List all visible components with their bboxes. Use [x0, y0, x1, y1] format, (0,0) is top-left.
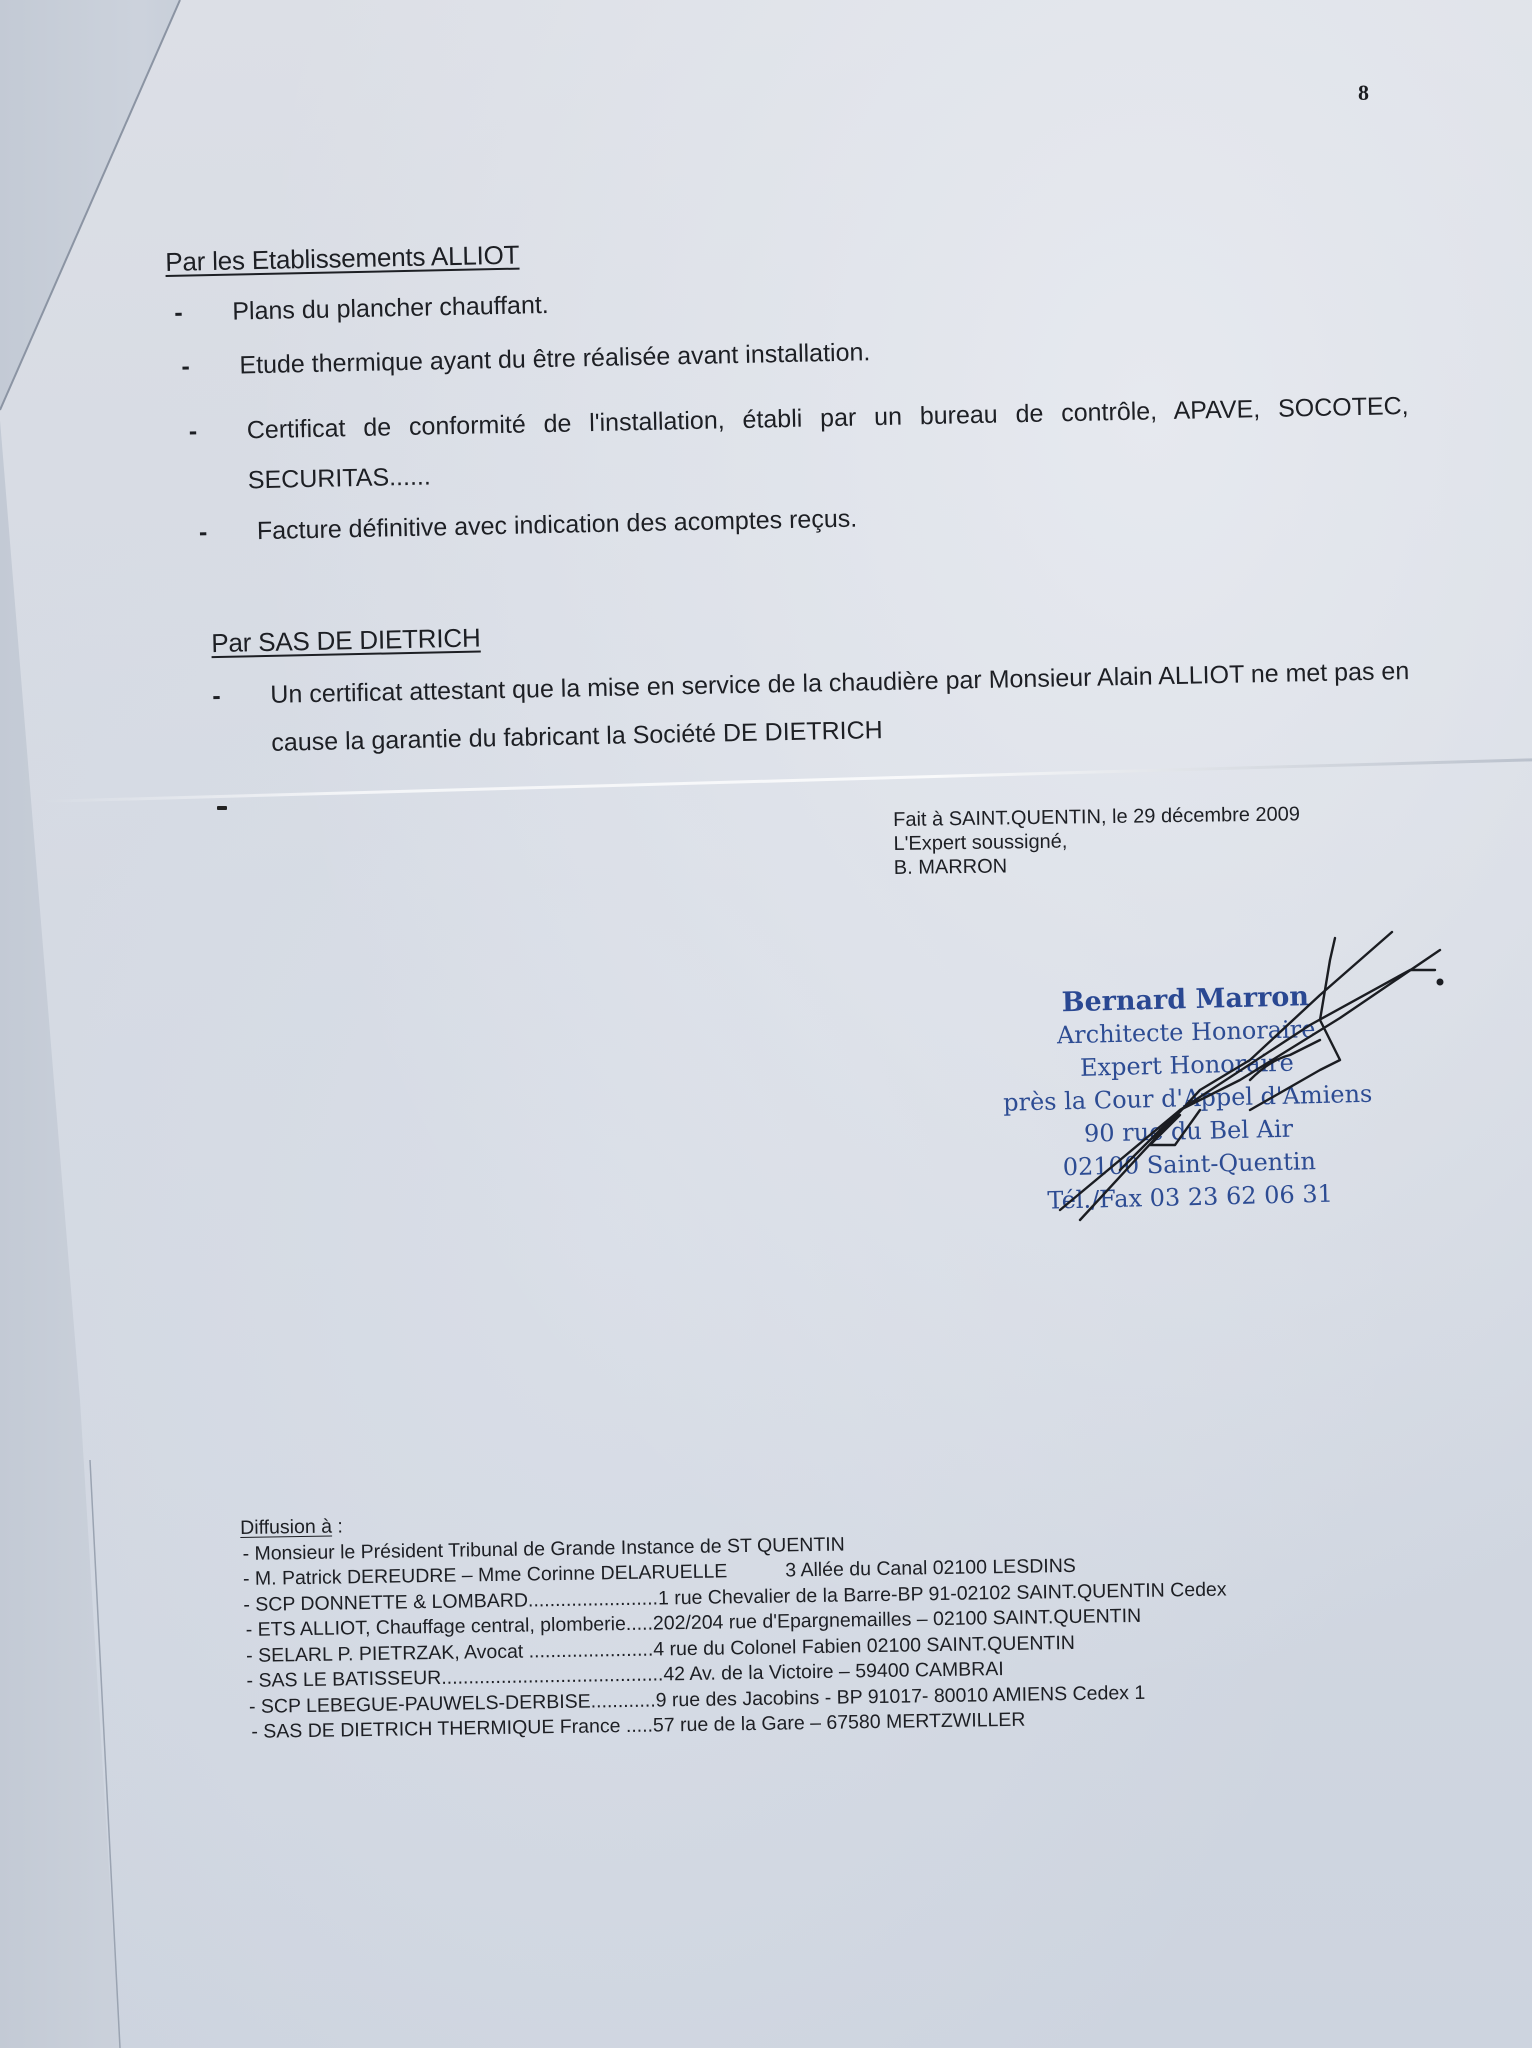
- distribution-list: Diffusion à : - Monsieur le Président Tr…: [240, 1497, 1443, 1745]
- section-alliot: Par les Etablissements ALLIOT - Plans du…: [165, 222, 1411, 548]
- signoff-block: Fait à SAINT.QUENTIN, le 29 décembre 200…: [893, 802, 1301, 880]
- list-item-text: Un certificat attestant que la mise en s…: [270, 647, 1416, 767]
- list-item-text: Certificat de conformité de l'installati…: [246, 381, 1410, 505]
- section-dietrich: Par SAS DE DIETRICH - Un certificat atte…: [211, 604, 1416, 768]
- document-content: 8 Par les Etablissements ALLIOT - Plans …: [0, 0, 1532, 2048]
- bullet-dash: -: [181, 351, 240, 381]
- list-item-text: Plans du plancher chauffant.: [232, 273, 1406, 327]
- body-text: Par les Etablissements ALLIOT - Plans du…: [165, 222, 1416, 769]
- list-item: - Certificat de conformité de l'installa…: [188, 381, 1410, 507]
- list-item: - Plans du plancher chauffant.: [174, 273, 1406, 328]
- bullet-dash: -: [188, 405, 247, 456]
- photo-scene: 8 Par les Etablissements ALLIOT - Plans …: [0, 0, 1532, 2048]
- bullet-dash: -: [199, 517, 258, 547]
- list-item: - Etude thermique ayant du être réalisée…: [181, 327, 1407, 382]
- page-number: 8: [1358, 80, 1369, 106]
- signer-name: B. MARRON: [894, 850, 1301, 880]
- section-title-alliot: Par les Etablissements ALLIOT: [165, 222, 1405, 277]
- distribution-title: Diffusion à: [240, 1516, 332, 1539]
- bullet-dash: -: [174, 298, 233, 328]
- list-item: - Un certificat attestant que la mise en…: [212, 647, 1416, 768]
- bullet-dash: -: [212, 671, 271, 720]
- list-item-text: Etude thermique ayant du être réalisée a…: [239, 327, 1407, 380]
- expert-stamp: Bernard Marron Architecte Honoraire Expe…: [990, 978, 1386, 1218]
